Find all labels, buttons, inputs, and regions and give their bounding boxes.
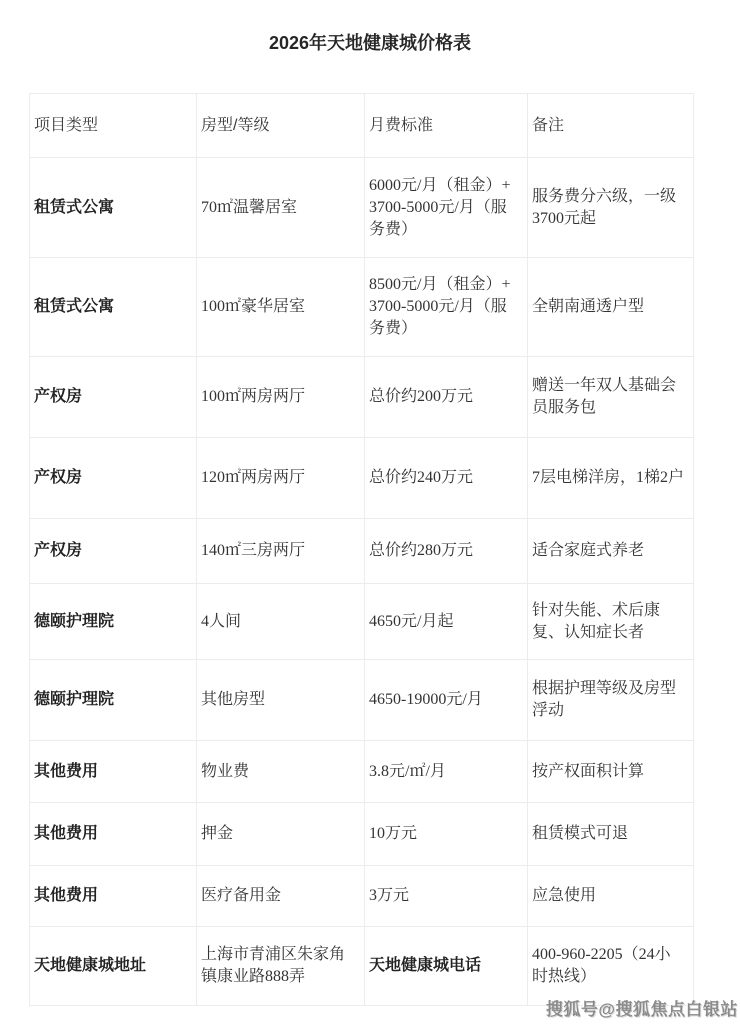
cell-remark: 租赁模式可退: [528, 803, 694, 866]
table-row: 租赁式公寓70㎡温馨居室6000元/月（租金）+ 3700-5000元/月（服务…: [30, 158, 694, 258]
header-row: 项目类型 房型/等级 月费标准 备注: [30, 94, 694, 158]
cell-category: 产权房: [30, 519, 197, 584]
cell-remark: 7层电梯洋房，1梯2户: [528, 438, 694, 519]
cell-remark: 根据护理等级及房型浮动: [528, 660, 694, 741]
table-row: 产权房140㎡三房两厅总价约280万元适合家庭式养老: [30, 519, 694, 584]
table-row: 其他费用物业费3.8元/㎡/月按产权面积计算: [30, 741, 694, 803]
page-title: 2026年天地健康城价格表: [0, 33, 740, 53]
cell-fee: 天地健康城电话: [365, 927, 528, 1006]
cell-room-type: 上海市青浦区朱家角镇康业路888弄: [197, 927, 365, 1006]
table-row: 租赁式公寓100㎡豪华居室8500元/月（租金）+ 3700-5000元/月（服…: [30, 258, 694, 357]
cell-remark: 赠送一年双人基础会员服务包: [528, 357, 694, 438]
cell-fee: 6000元/月（租金）+ 3700-5000元/月（服务费）: [365, 158, 528, 258]
price-table-body: 租赁式公寓70㎡温馨居室6000元/月（租金）+ 3700-5000元/月（服务…: [30, 158, 694, 1006]
cell-category: 产权房: [30, 438, 197, 519]
cell-remark: 适合家庭式养老: [528, 519, 694, 584]
cell-category: 产权房: [30, 357, 197, 438]
cell-room-type: 物业费: [197, 741, 365, 803]
cell-remark: 针对失能、术后康复、认知症长者: [528, 584, 694, 660]
cell-room-type: 医疗备用金: [197, 866, 365, 927]
cell-category: 德颐护理院: [30, 584, 197, 660]
cell-category: 德颐护理院: [30, 660, 197, 741]
cell-fee: 10万元: [365, 803, 528, 866]
price-table: 项目类型 房型/等级 月费标准 备注 租赁式公寓70㎡温馨居室6000元/月（租…: [29, 93, 694, 1006]
cell-fee: 3.8元/㎡/月: [365, 741, 528, 803]
cell-remark: 400-960-2205（24小时热线）: [528, 927, 694, 1006]
cell-fee: 总价约280万元: [365, 519, 528, 584]
cell-fee: 8500元/月（租金）+ 3700-5000元/月（服务费）: [365, 258, 528, 357]
table-row: 其他费用押金10万元租赁模式可退: [30, 803, 694, 866]
cell-remark: 全朝南通透户型: [528, 258, 694, 357]
cell-category: 租赁式公寓: [30, 258, 197, 357]
cell-remark: 按产权面积计算: [528, 741, 694, 803]
column-header-category: 项目类型: [30, 94, 197, 158]
cell-category: 其他费用: [30, 741, 197, 803]
watermark: 搜狐号@搜狐焦点白银站: [0, 999, 738, 1021]
cell-room-type: 其他房型: [197, 660, 365, 741]
table-row: 其他费用医疗备用金3万元应急使用: [30, 866, 694, 927]
cell-room-type: 4人间: [197, 584, 365, 660]
cell-category: 天地健康城地址: [30, 927, 197, 1006]
cell-room-type: 120㎡两房两厅: [197, 438, 365, 519]
table-row: 德颐护理院4人间4650元/月起针对失能、术后康复、认知症长者: [30, 584, 694, 660]
cell-remark: 服务费分六级，一级3700元起: [528, 158, 694, 258]
cell-room-type: 100㎡豪华居室: [197, 258, 365, 357]
table-row: 天地健康城地址上海市青浦区朱家角镇康业路888弄天地健康城电话400-960-2…: [30, 927, 694, 1006]
cell-room-type: 押金: [197, 803, 365, 866]
cell-fee: 总价约200万元: [365, 357, 528, 438]
cell-fee: 总价约240万元: [365, 438, 528, 519]
cell-fee: 4650-19000元/月: [365, 660, 528, 741]
cell-category: 其他费用: [30, 803, 197, 866]
cell-room-type: 140㎡三房两厅: [197, 519, 365, 584]
cell-category: 租赁式公寓: [30, 158, 197, 258]
column-header-remark: 备注: [528, 94, 694, 158]
cell-room-type: 100㎡两房两厅: [197, 357, 365, 438]
cell-fee: 3万元: [365, 866, 528, 927]
cell-category: 其他费用: [30, 866, 197, 927]
table-row: 产权房100㎡两房两厅总价约200万元赠送一年双人基础会员服务包: [30, 357, 694, 438]
cell-fee: 4650元/月起: [365, 584, 528, 660]
table-row: 德颐护理院其他房型4650-19000元/月根据护理等级及房型浮动: [30, 660, 694, 741]
cell-remark: 应急使用: [528, 866, 694, 927]
price-table-header: 项目类型 房型/等级 月费标准 备注: [30, 94, 694, 158]
column-header-room-type: 房型/等级: [197, 94, 365, 158]
table-row: 产权房120㎡两房两厅总价约240万元7层电梯洋房，1梯2户: [30, 438, 694, 519]
column-header-fee: 月费标准: [365, 94, 528, 158]
cell-room-type: 70㎡温馨居室: [197, 158, 365, 258]
